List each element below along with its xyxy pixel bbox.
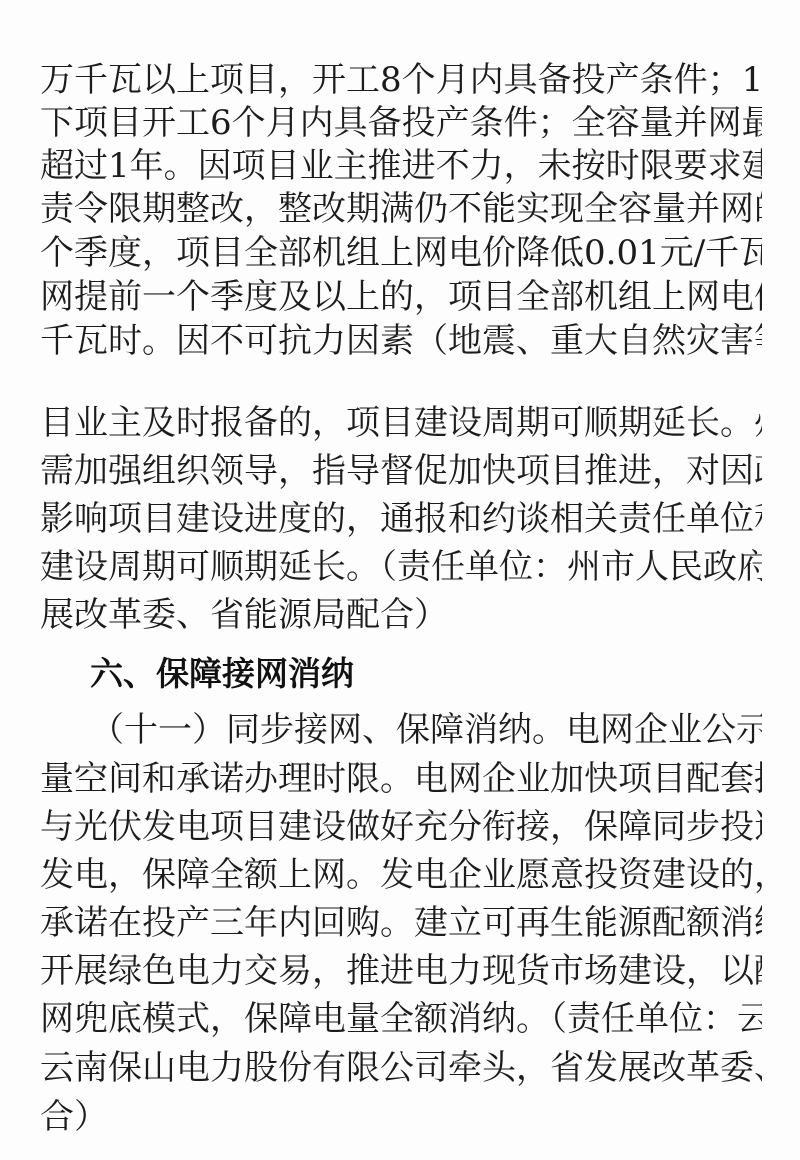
- paragraph-line: 需加强组织领导，指导督促加快项目推进，对因政府部门工作: [40, 449, 762, 493]
- paragraph-line: 建设周期可顺期延长。（责任单位：州市人民政府牵头，省发: [40, 545, 762, 589]
- paragraph-line: 下项目开工6个月内具备投产条件；全容量并网最长期限不得: [40, 101, 762, 145]
- paragraph-line: 承诺在投产三年内回购。建立可再生能源配额消纳机制，积极: [40, 901, 762, 945]
- paragraph-line: （十一）同步接网、保障消纳。电网企业公示接入点、容: [90, 708, 762, 752]
- paragraph-line: 万千瓦以上项目，开工8个月内具备投产条件；10万千瓦及以: [40, 58, 762, 102]
- paragraph-line: 开展绿色电力交易，推进电力现货市场建设，以配额+市场+电: [40, 949, 762, 993]
- paragraph-line: 目业主及时报备的，项目建设周期可顺期延长。州市人民政府: [40, 401, 762, 445]
- paragraph-line: 网兜底模式，保障电量全额消纳。（责任单位：云南电网公司、: [40, 997, 762, 1041]
- paragraph-line: 量空间和承诺办理时限。电网企业加快项目配套接网工程建设，: [40, 757, 762, 801]
- paragraph-line: 合）: [40, 1095, 762, 1139]
- paragraph-line: 发电，保障全额上网。发电企业愿意投资建设的，电网企业须: [40, 853, 762, 897]
- section-heading: 六、保障接网消纳: [90, 652, 354, 696]
- paragraph-line: 责令限期整改，整改期满仍不能实现全容量并网的，每逾期一: [40, 187, 762, 231]
- paragraph-line: 超过1年。因项目业主推进不力，未按时限要求建成投产的，: [40, 144, 762, 188]
- paragraph-line: 网提前一个季度及以上的，项目全部机组上网电价提高0.01元/: [40, 275, 762, 319]
- document-page: 万千瓦以上项目，开工8个月内具备投产条件；10万千瓦及以 下项目开工6个月内具备…: [0, 0, 800, 1160]
- paragraph-line: 千瓦时。因不可抗力因素（地震、重大自然灾害等）影响，项: [40, 319, 762, 363]
- paragraph-line: 影响项目建设进度的，通报和约谈相关责任单位和个人，项目: [40, 497, 762, 541]
- paragraph-line: 云南保山电力股份有限公司牵头，省发展改革委、省能源局配: [40, 1046, 762, 1090]
- paragraph-line: 与光伏发电项目建设做好充分衔接，保障同步投运，优先安排: [40, 805, 762, 849]
- paragraph-line: 展改革委、省能源局配合）: [40, 593, 762, 637]
- paragraph-line: 个季度，项目全部机组上网电价降低0.01元/千瓦时；全容量并: [40, 231, 762, 275]
